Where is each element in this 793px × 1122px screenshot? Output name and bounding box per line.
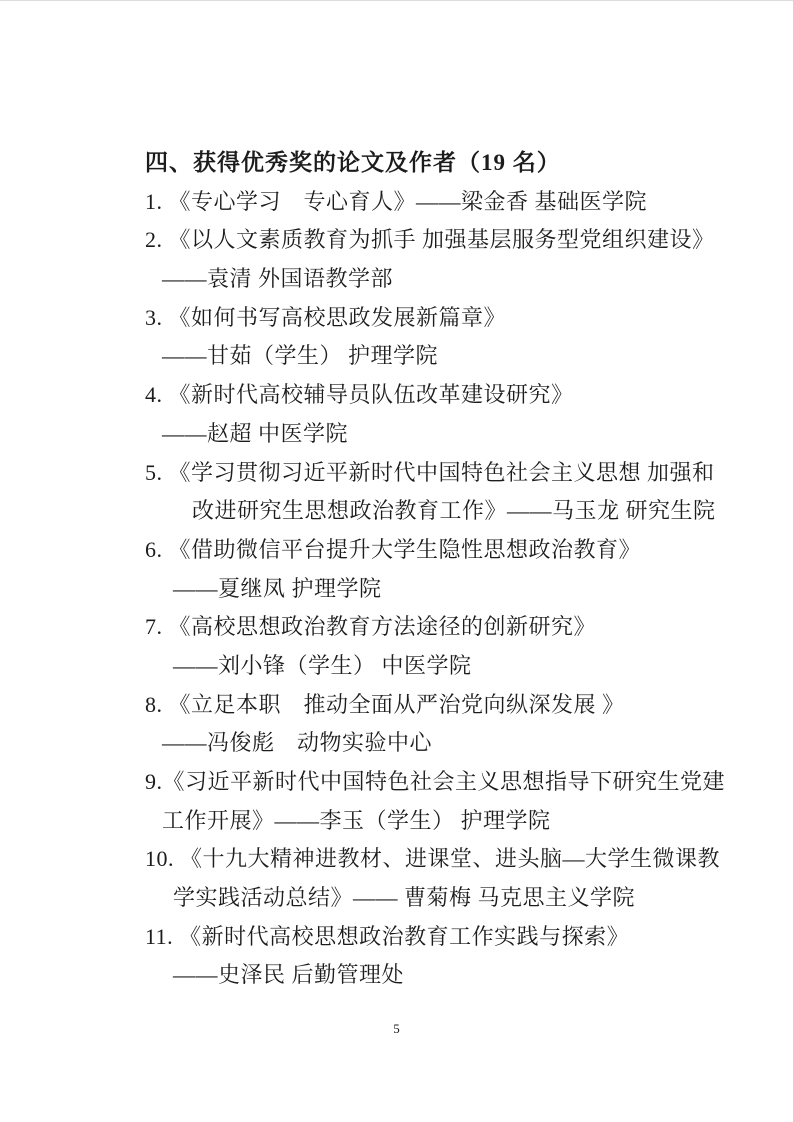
paper-5-line: 5. 《学习贯彻习近平新时代中国特色社会主义思想 加强和 bbox=[145, 454, 755, 493]
paper-9-continuation-line: 工作开展》——李玉（学生） 护理学院 bbox=[145, 802, 755, 841]
document-page: 四、获得优秀奖的论文及作者（19 名） 1. 《专心学习 专心育人》——梁金香 … bbox=[0, 0, 793, 1122]
paper-3-line: 3. 《如何书写高校思政发展新篇章》 bbox=[145, 299, 755, 338]
paper-8-line: 8. 《立足本职 推动全面从严治党向纵深发展 》 bbox=[145, 686, 755, 725]
paper-7-line: 7. 《高校思想政治教育方法途径的创新研究》 bbox=[145, 608, 755, 647]
paper-6-line: 6. 《借助微信平台提升大学生隐性思想政治教育》 bbox=[145, 531, 755, 570]
paper-6-author-line: ——夏继凤 护理学院 bbox=[145, 570, 755, 609]
paper-1-line: 1. 《专心学习 专心育人》——梁金香 基础医学院 bbox=[145, 183, 755, 222]
paper-7-author-line: ——刘小锋（学生） 中医学院 bbox=[145, 647, 755, 686]
paper-11-line: 11. 《新时代高校思想政治教育工作实践与探索》 bbox=[145, 918, 755, 957]
page-number: 5 bbox=[0, 1021, 793, 1037]
paper-4-line: 4. 《新时代高校辅导员队伍改革建设研究》 bbox=[145, 376, 755, 415]
page-top-edge bbox=[0, 0, 793, 1]
paper-10-line: 10. 《十九大精神进教材、进课堂、进头脑—大学生微课教 bbox=[145, 840, 755, 879]
award-list-section: 四、获得优秀奖的论文及作者（19 名） 1. 《专心学习 专心育人》——梁金香 … bbox=[145, 144, 755, 995]
paper-4-author-line: ——赵超 中医学院 bbox=[145, 415, 755, 454]
section-heading: 四、获得优秀奖的论文及作者（19 名） bbox=[145, 144, 755, 183]
paper-10-continuation-line: 学实践活动总结》—— 曹菊梅 马克思主义学院 bbox=[145, 879, 755, 918]
paper-5-continuation-line: 改进研究生思想政治教育工作》——马玉龙 研究生院 bbox=[145, 492, 755, 531]
paper-2-author-line: ——袁清 外国语教学部 bbox=[145, 260, 755, 299]
paper-3-author-line: ——甘茹（学生） 护理学院 bbox=[145, 337, 755, 376]
paper-11-author-line: ——史泽民 后勤管理处 bbox=[145, 956, 755, 995]
paper-9-line: 9.《习近平新时代中国特色社会主义思想指导下研究生党建 bbox=[145, 763, 755, 802]
paper-2-line: 2. 《以人文素质教育为抓手 加强基层服务型党组织建设》 bbox=[145, 221, 755, 260]
paper-8-author-line: ——冯俊彪 动物实验中心 bbox=[145, 724, 755, 763]
